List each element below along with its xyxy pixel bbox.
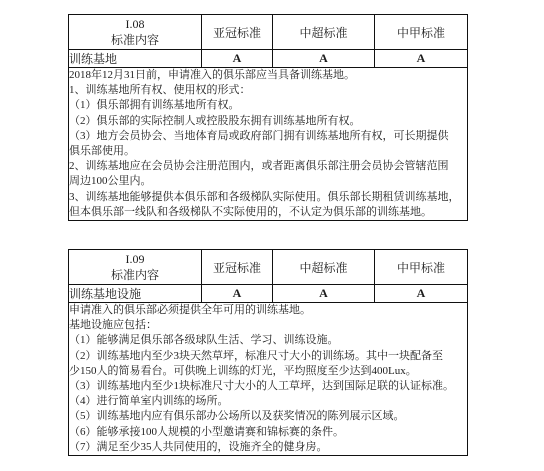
body-text-line: 但本俱乐部一线队和各级梯队不实际使用的，不认定为俱乐部的训练基地。 bbox=[69, 205, 467, 220]
column-header-acl-standard: 亚冠标准 bbox=[202, 250, 273, 285]
grade-league-one: A bbox=[375, 285, 468, 303]
description-row: 2018年12月31日前，申请准入的俱乐部应当具备训练基地。1、训练基地所有权、… bbox=[69, 68, 468, 221]
body-text-line: 3、训练基地能够提供本俱乐部和各级梯队实际使用。俱乐部长期租赁训练基地， bbox=[69, 190, 467, 205]
body-text-line: （4）进行简单室内训练的场所。 bbox=[69, 394, 467, 409]
standard-content-label: 标准内容 bbox=[69, 267, 201, 283]
criterion-description-cell: 2018年12月31日前，申请准入的俱乐部应当具备训练基地。1、训练基地所有权、… bbox=[69, 68, 468, 221]
body-text-line: （2）俱乐部的实际控制人或控股股东拥有训练基地所有权。 bbox=[69, 114, 467, 129]
column-header-league-one-standard: 中甲标准 bbox=[375, 250, 468, 285]
criterion-label: 训练基地设施 bbox=[69, 285, 202, 303]
grade-league-one: A bbox=[375, 50, 468, 68]
criterion-label: 训练基地 bbox=[69, 50, 202, 68]
criterion-row: 训练基地 A A A bbox=[69, 50, 468, 68]
body-text-line: 基地设施应包括： bbox=[69, 318, 467, 333]
criterion-description: 申请准入的俱乐部必须提供全年可用的训练基地。基地设施应包括：（1）能够满足俱乐部… bbox=[69, 303, 467, 455]
table-header-row: I.09 标准内容 亚冠标准 中超标准 中甲标准 bbox=[69, 250, 468, 285]
description-row: 申请准入的俱乐部必须提供全年可用的训练基地。基地设施应包括：（1）能够满足俱乐部… bbox=[69, 303, 468, 456]
body-text-line: 周边100公里内。 bbox=[69, 174, 467, 189]
body-text-line: （6）能够承接100人规模的小型邀请赛和锦标赛的条件。 bbox=[69, 425, 467, 440]
grade-acl: A bbox=[202, 50, 273, 68]
table-header-row: I.08 标准内容 亚冠标准 中超标准 中甲标准 bbox=[69, 15, 468, 50]
body-text-line: 俱乐部使用。 bbox=[69, 144, 467, 159]
standard-table-i09: I.09 标准内容 亚冠标准 中超标准 中甲标准 训练基地设施 A A A 申请… bbox=[68, 249, 468, 456]
body-text-line: （3）训练基地内至少1块标准尺寸大小的人工草坪，达到国际足联的认证标准。 bbox=[69, 379, 467, 394]
body-text-line: （3）地方会员协会、当地体育局或政府部门拥有训练基地所有权，可长期提供 bbox=[69, 129, 467, 144]
body-text-line: 1、训练基地所有权、使用权的形式： bbox=[69, 83, 467, 98]
standard-id-cell: I.08 标准内容 bbox=[69, 15, 202, 50]
body-text-line: 2、训练基地应在会员协会注册范围内，或者距离俱乐部注册会员协会管辖范围 bbox=[69, 159, 467, 174]
column-header-csl-standard: 中超标准 bbox=[273, 15, 375, 50]
grade-csl: A bbox=[273, 285, 375, 303]
body-text-line: （2）训练基地内至少3块天然草坪，标准尺寸大小的训练场。其中一块配备至 bbox=[69, 349, 467, 364]
standard-id-cell: I.09 标准内容 bbox=[69, 250, 202, 285]
body-text-line: （1）能够满足俱乐部各级球队生活、学习、训练设施。 bbox=[69, 333, 467, 348]
standard-id: I.08 bbox=[69, 16, 201, 32]
column-header-csl-standard: 中超标准 bbox=[273, 250, 375, 285]
criterion-description: 2018年12月31日前，申请准入的俱乐部应当具备训练基地。1、训练基地所有权、… bbox=[69, 68, 467, 220]
column-header-acl-standard: 亚冠标准 bbox=[202, 15, 273, 50]
body-text-line: 2018年12月31日前，申请准入的俱乐部应当具备训练基地。 bbox=[69, 68, 467, 83]
body-text-line: 少150人的简易看台。可供晚上训练的灯光，平均照度至少达到400Lux。 bbox=[69, 364, 467, 379]
standard-table-i08: I.08 标准内容 亚冠标准 中超标准 中甲标准 训练基地 A A A 2018… bbox=[68, 14, 468, 221]
column-header-league-one-standard: 中甲标准 bbox=[375, 15, 468, 50]
document-page: I.08 标准内容 亚冠标准 中超标准 中甲标准 训练基地 A A A 2018… bbox=[0, 0, 544, 471]
grade-acl: A bbox=[202, 285, 273, 303]
grade-csl: A bbox=[273, 50, 375, 68]
standard-id: I.09 bbox=[69, 251, 201, 267]
body-text-line: （1）俱乐部拥有训练基地所有权。 bbox=[69, 98, 467, 113]
body-text-line: （5）训练基地内应有俱乐部办公场所以及获奖情况的陈列展示区域。 bbox=[69, 409, 467, 424]
body-text-line: 申请准入的俱乐部必须提供全年可用的训练基地。 bbox=[69, 303, 467, 318]
criterion-description-cell: 申请准入的俱乐部必须提供全年可用的训练基地。基地设施应包括：（1）能够满足俱乐部… bbox=[69, 303, 468, 456]
standard-content-label: 标准内容 bbox=[69, 32, 201, 48]
body-text-line: （7）满足至少35人共同使用的，设施齐全的健身房。 bbox=[69, 440, 467, 455]
criterion-row: 训练基地设施 A A A bbox=[69, 285, 468, 303]
